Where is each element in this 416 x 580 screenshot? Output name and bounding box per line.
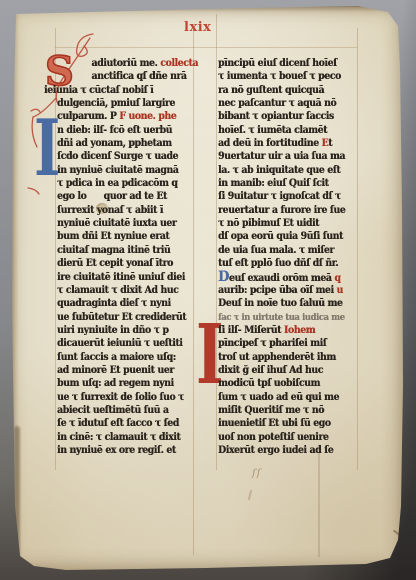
text-line: hoīeſ. τ iumēta clamēt xyxy=(218,124,358,137)
text-line: anctifica qſ dñe nrā xyxy=(57,70,195,83)
text-line: dſ opa eorū quia 9ūſi ſunt xyxy=(218,230,358,243)
text-line: adiutoriū me. collecta xyxy=(57,57,195,70)
text-line: quadraginta dieſ τ nyni xyxy=(57,297,195,310)
text-line: τ pdica in ea pdicacōm q xyxy=(57,177,195,190)
text-line: uoſ non poteſtiſ uenire xyxy=(218,431,358,444)
text-line: dierū Et cepit yonaſ ītro xyxy=(57,257,195,270)
manuscript-photo: lxix S I I adiutoriū me. collectaanctifi… xyxy=(0,0,416,580)
text-line: Dixerūt ergo iudei ad ſe xyxy=(218,444,358,457)
parchment-crease xyxy=(318,445,320,557)
text-line: dñi ad yonam, pphetam xyxy=(57,137,195,150)
text-line: ue τ ſurrexit de ſolio ſuo τ xyxy=(57,391,195,404)
text-line: Deuſ in noīe tuo ſaluū me xyxy=(218,297,358,310)
text-line: ad minorē Et puenit uer xyxy=(57,364,195,377)
text-line: culparum. P F uone. phe xyxy=(57,110,195,123)
text-line: dicauerūt ieiuniū τ ueſtiti xyxy=(57,337,195,350)
folio-number: lxix xyxy=(184,20,211,35)
text-line: ſum τ uado ad eū qui me xyxy=(218,391,358,404)
text-line: ad deū in fortitudine Et xyxy=(218,137,358,150)
text-line: tuſ eſt pplō ſuo dñſ dſ ñr. xyxy=(218,257,358,270)
worn-edge xyxy=(14,426,20,574)
text-line: τ nō pibimuſ Et uidit xyxy=(218,217,358,230)
text-line: nec paſcantur τ aquā nō xyxy=(218,97,358,110)
quire-mark: ſſ xyxy=(252,468,261,479)
text-line: aurib: pcipe ūba oīſ mei u xyxy=(218,284,358,297)
text-line: de uia ſua mala. τ miſer xyxy=(218,244,358,257)
text-line: dulgenciā, pmiuſ largire xyxy=(57,97,195,110)
text-line: in nyniuē ciuitatē magnā xyxy=(57,164,195,177)
text-line: uiri nyniuite in dño τ p xyxy=(57,324,195,337)
text-line: in manib: eiuſ Quiſ ſcit xyxy=(218,177,358,190)
text-line: ieiunia τ cūctaſ nobiſ ī xyxy=(44,84,195,97)
text-line: ſi 9uitatur τ ignoſcat dſ τ xyxy=(218,190,358,203)
text-line: ciuitaſ magna itinē triū xyxy=(57,244,195,257)
text-line: bibant τ opiantur ſaccis xyxy=(218,110,358,123)
text-line: modicū tpſ uobiſcum xyxy=(218,377,358,390)
text-line: troſ ut apphenderēt ihm xyxy=(218,351,358,364)
text-line: τ clamauit τ dixit Ad huc xyxy=(57,284,195,297)
ruling-line xyxy=(55,47,357,48)
text-line: nyniuē ciuitatē iuxta uer xyxy=(57,217,195,230)
text-line: Deuſ exaudi orōm meā q xyxy=(218,271,358,284)
text-line: fac τ in uirtute tua iudica me xyxy=(218,311,358,324)
text-line: ire ciuitatē itinē uniuſ diei xyxy=(57,271,195,284)
text-line: pīncipū eiuſ dicenſ hoīeſ xyxy=(218,57,358,70)
text-line: in nyniuē ex ore regiſ. et xyxy=(57,444,195,457)
text-line: dixit ğ eiſ ihuſ Ad huc xyxy=(218,364,358,377)
text-column-right: pīncipū eiuſ dicenſ hoīeſτ iumenta τ bou… xyxy=(218,57,358,457)
text-line: pīncipeſ τ phariſei miſ xyxy=(218,337,358,350)
text-line: inuenietiſ Et ubi ſū ego xyxy=(218,417,358,430)
text-line: ra nō guſtent quicquā xyxy=(218,84,358,97)
text-line: la. τ ab iniquitate que eſt xyxy=(218,164,358,177)
text-line: ego lo quor ad te Et xyxy=(57,190,195,203)
text-line: abiecit ueſtimētū ſuū a xyxy=(57,404,195,417)
text-line: τ iumenta τ boueſ τ peco xyxy=(218,70,358,83)
text-column-left: adiutoriū me. collectaanctifica qſ dñe n… xyxy=(57,57,195,457)
text-line: ſurrexit yonaſ τ abiit ī xyxy=(57,204,195,217)
text-line: ſunt ſaccis a maiore uſq: xyxy=(57,351,195,364)
text-line: reuertatur a furore ire ſue xyxy=(218,204,358,217)
text-line: miſit Queritiſ me τ nō xyxy=(218,404,358,417)
text-line: ue ſubūtetur Et crediderūt xyxy=(57,311,195,324)
text-line: in cinē: τ clamauit τ dixit xyxy=(57,431,195,444)
text-line: ſe τ īdutuſ eſt ſacco τ ſed xyxy=(57,417,195,430)
text-line: 9uertatur uir a uia ſua ma xyxy=(218,150,358,163)
text-line: ſi ilſ- Miſerūt Iohem xyxy=(218,324,358,337)
text-line: bum dñi Et nyniue erat xyxy=(57,230,195,243)
corner-fold xyxy=(393,530,406,541)
text-line: bum uſq: ad regem nyni xyxy=(57,377,195,390)
text-line: n dieb: ilſ- fcō eſt uerbū xyxy=(57,124,195,137)
text-line: ſcdo dicenſ Surge τ uade xyxy=(57,150,195,163)
